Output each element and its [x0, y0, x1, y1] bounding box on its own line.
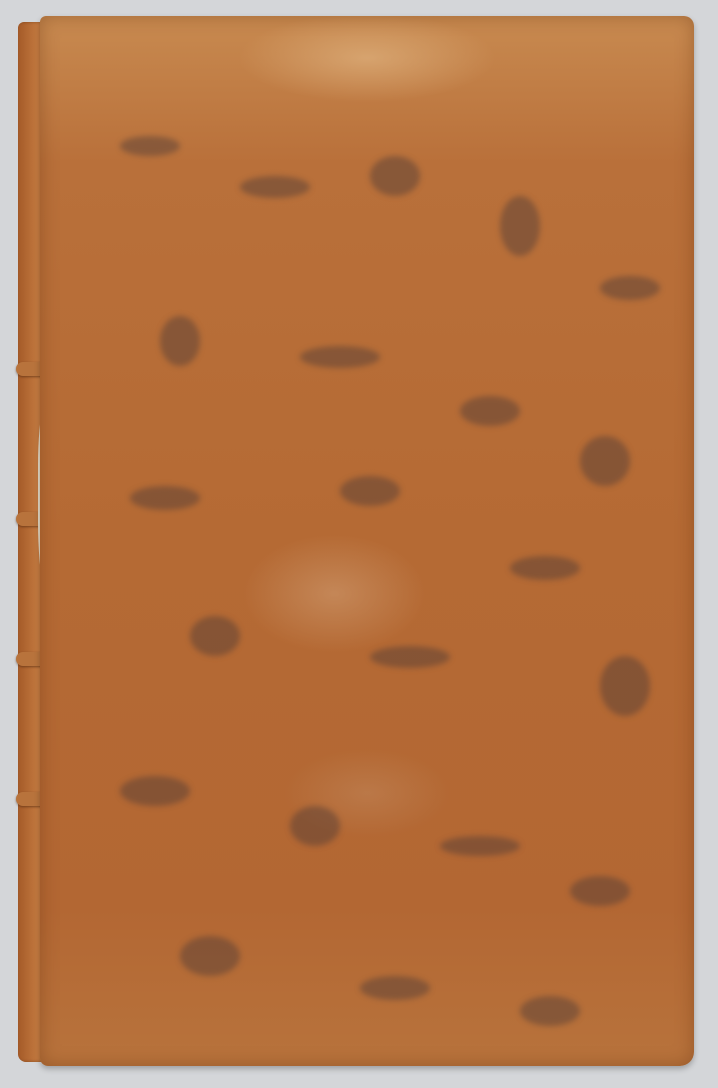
book-cover [40, 16, 694, 1066]
book [18, 14, 696, 1070]
